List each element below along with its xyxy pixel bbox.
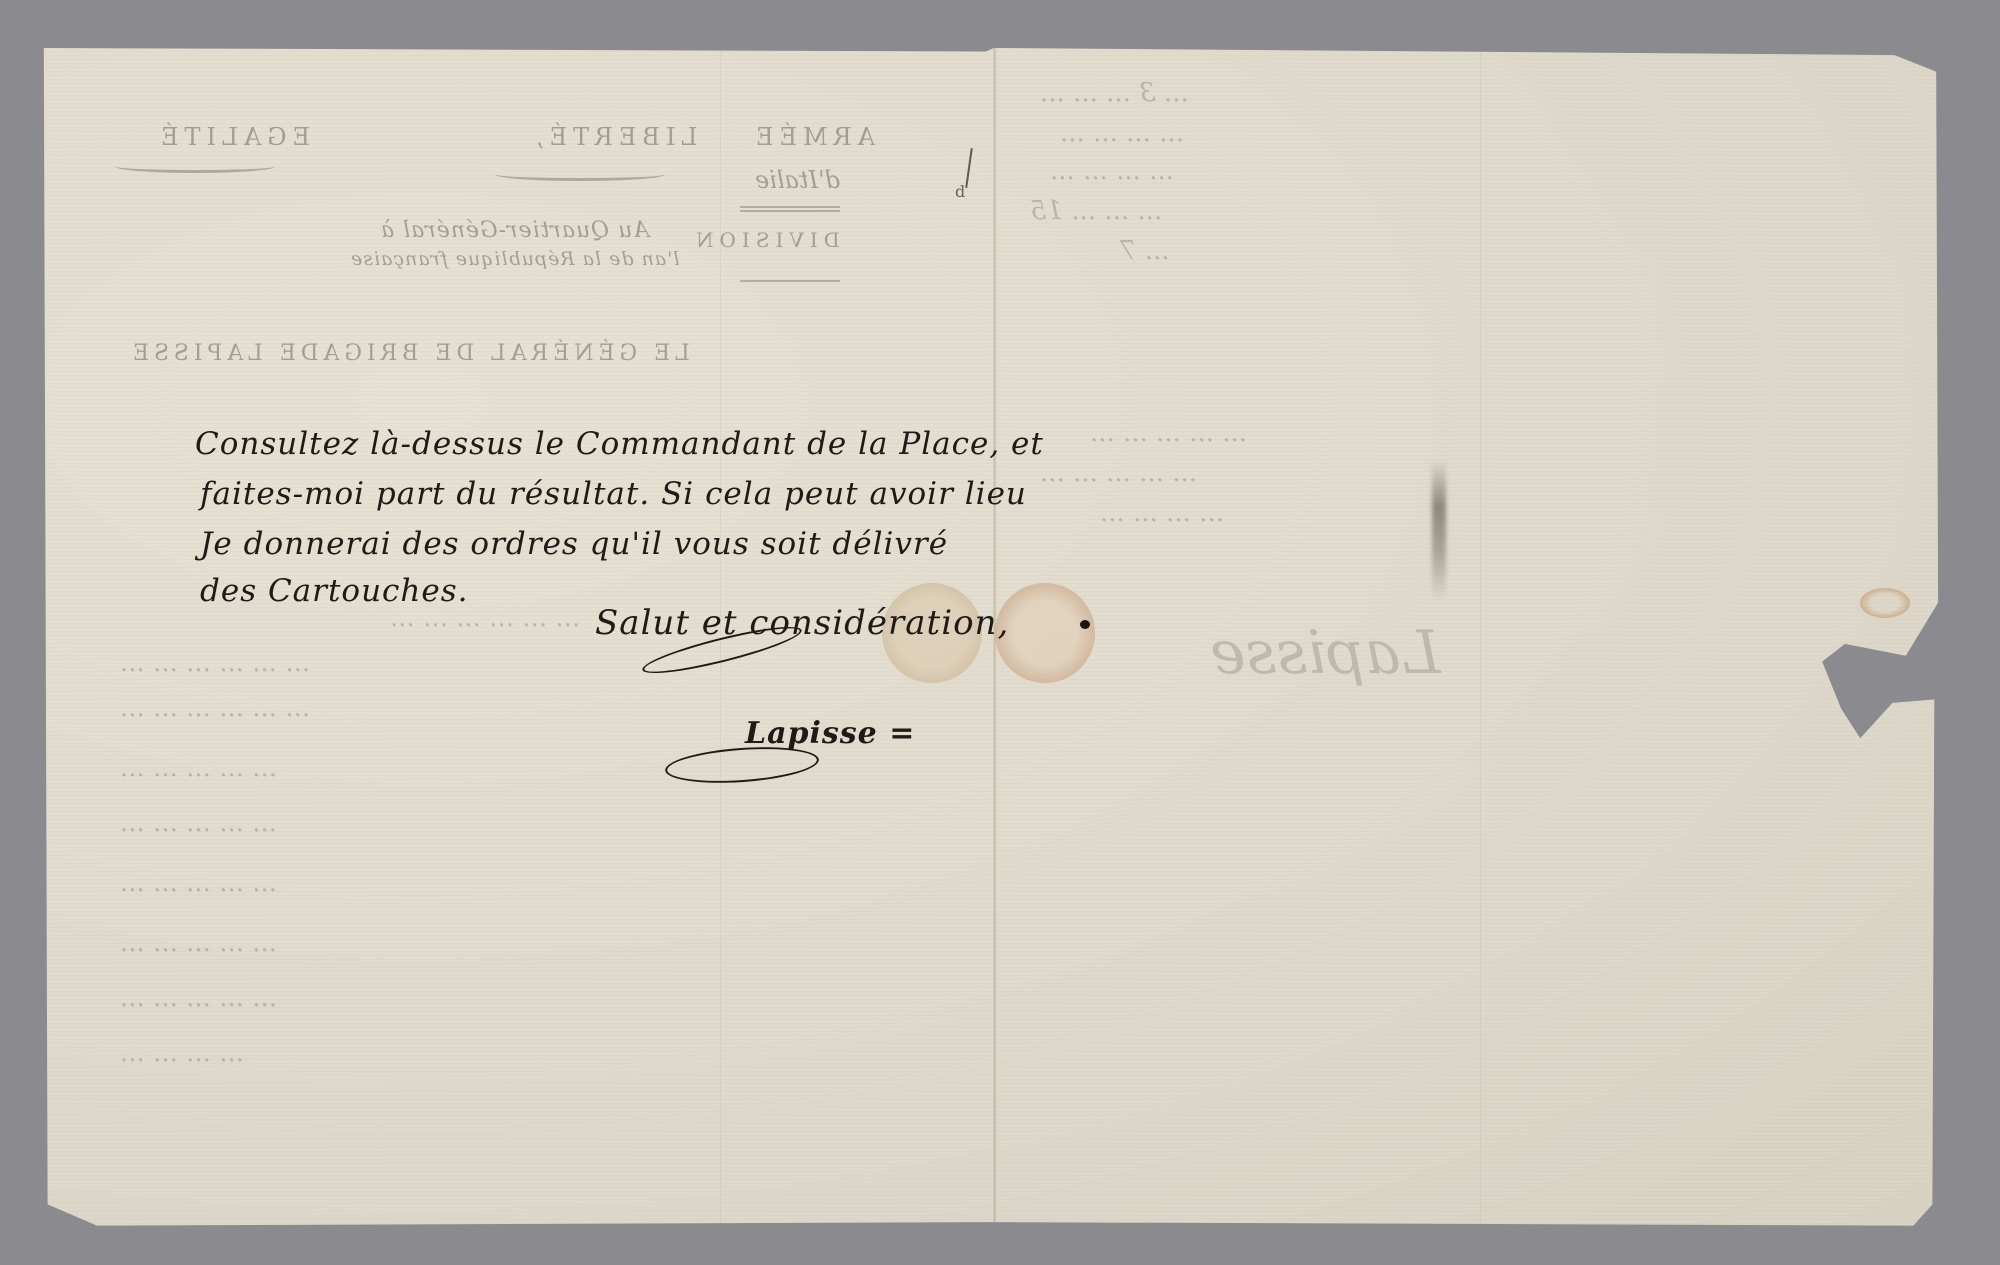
ghost-line: ... ... ... 15 xyxy=(1030,196,1162,226)
ghost-line: ... ... ... ... xyxy=(1060,118,1184,148)
signature-flourish xyxy=(664,743,820,788)
header-rule xyxy=(740,210,840,212)
wax-stain xyxy=(995,583,1095,683)
ghost-line: ... 3 ... ... ... xyxy=(1040,78,1189,108)
printed-general-title: LE GÉNÉRAL DE BRIGADE LAPISSE xyxy=(128,341,690,366)
printed-liberte: LIBERTÉ, xyxy=(530,123,697,151)
ghost-line: ... ... ... ... xyxy=(120,1038,244,1068)
ghost-line: ... ... ... ... ... xyxy=(1040,458,1197,488)
printed-armee: ARMÉE xyxy=(750,123,875,151)
closing-salutation: Salut et considération, xyxy=(595,603,1009,643)
ghost-line: ... ... ... ... xyxy=(1050,156,1174,186)
ghost-signature: Lapisse xyxy=(1210,618,1440,688)
fold-crease xyxy=(1480,48,1481,1228)
ghost-line: ... ... ... ... ... xyxy=(120,753,277,783)
ink-smudge xyxy=(1432,460,1446,600)
header-flourish xyxy=(495,168,665,181)
ghost-line: ... ... ... ... ... ... xyxy=(120,648,310,678)
ghost-line: ... ... ... ... ... xyxy=(120,808,277,838)
margin-note: d xyxy=(955,182,965,201)
printed-quartier-general: Au Quartier-Général à xyxy=(380,218,649,243)
ink-dot xyxy=(1080,620,1090,629)
ghost-line: ... ... ... ... xyxy=(1100,498,1224,528)
ghost-line: ... ... ... ... ... xyxy=(120,928,277,958)
header-flourish xyxy=(115,160,275,173)
ghost-line: ... ... ... ... ... xyxy=(1090,418,1247,448)
ghost-line: ... ... ... ... ... xyxy=(120,868,277,898)
armee-suffix: d'Italie xyxy=(755,166,840,194)
handwritten-line: Je donnerai des ordres qu'il vous soit d… xyxy=(200,526,948,562)
printed-division: DIVISION xyxy=(690,228,840,252)
handwritten-line: faites-moi part du résultat. Si cela peu… xyxy=(200,476,1027,512)
printed-egalite: EGALITÉ xyxy=(155,123,310,151)
handwritten-line: Consultez là-dessus le Commandant de la … xyxy=(195,426,1044,462)
tear-stain xyxy=(1860,588,1910,618)
printed-annee: l'an de la République française xyxy=(350,248,679,270)
handwritten-line: des Cartouches. xyxy=(200,573,469,609)
pencil-mark xyxy=(965,148,973,188)
header-rule xyxy=(740,206,840,208)
signature: Lapisse = xyxy=(745,716,915,751)
tear-stain xyxy=(1890,658,1930,698)
header-rule xyxy=(740,280,840,282)
ghost-line: ... ... ... ... ... xyxy=(120,983,277,1013)
ghost-line: ... ... ... ... ... ... xyxy=(120,693,310,723)
letter-sheet: EGALITÉ LIBERTÉ, ARMÉE d'Italie d DIVISI… xyxy=(40,48,1940,1228)
ghost-line: ... 7 xyxy=(1120,236,1170,266)
